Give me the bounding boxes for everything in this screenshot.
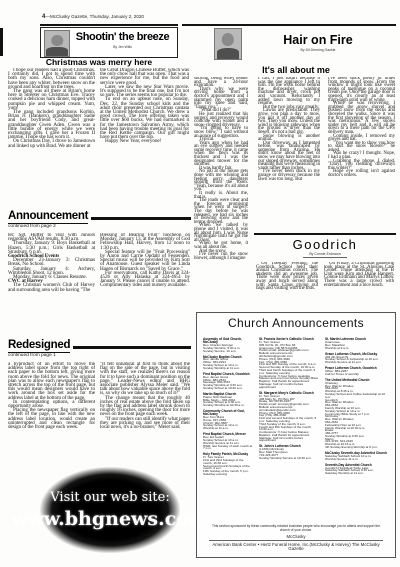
columnist-photo-jill-gackle (214, 28, 242, 60)
top-rule-left (40, 24, 178, 26)
columnist-photo-jim-wills (44, 30, 70, 57)
photo-head-shape (222, 33, 234, 46)
church-col2: St. Francis Xavier's Catholic ChurchFr. … (259, 335, 319, 521)
church-detail-line: Worship Service 11 a.m. (325, 458, 391, 461)
church-entry: Peace Lutheran Church, GoodrichOffice: 8… (325, 367, 391, 376)
church-detail-line: Fifth Sunday of the month, 5 p.m. Saturd… (203, 470, 253, 476)
announcement-heading: Announcement (8, 210, 88, 224)
church-entry: Community Church of God, McCluskyRev. To… (203, 410, 253, 430)
photo-shoulders-shape (217, 48, 240, 59)
all-about-me-col2: I can. I just hadn't because it was the … (258, 77, 320, 229)
church-entry: McClusky Seventh-day Adventist ChurchSat… (325, 452, 391, 461)
column-byline: By Jill Denning Gackle (254, 48, 382, 52)
paragraph: I've never been stuck in my garage or dr… (258, 170, 320, 181)
church-detail-line: Sunday Service, 10 a.m. (203, 350, 253, 353)
paragraph: Blessing of Bearing Fruit" luncheon on M… (100, 233, 190, 250)
goodrich-col1: On Tuesday evening, the Goodrich School … (256, 262, 318, 309)
page-header-text: —McClusky Gazette, Thursday, January 2, … (45, 14, 144, 19)
column-title: Hair on Fire (254, 33, 382, 47)
church-detail-line: Sunday Worship at 10:30 a.m. (203, 404, 253, 407)
church-entry: Holy Family Parish, McCluskyFr. Tom Gran… (203, 453, 253, 475)
church-detail-line: Worship at 9 a.m. (325, 347, 391, 350)
paragraph: Years ago when he had an eye surgery and… (194, 142, 248, 167)
sponsor-town: McClusky (209, 535, 383, 539)
church-entry: McClusky Baptist ChurchRev. James GrossO… (203, 356, 253, 370)
goodrich-byline: By Connie Erdmann (254, 252, 396, 256)
church-detail-line: 4th Sunday Evening Worship at 6 p.m. (325, 446, 391, 449)
paragraph: Hope eye rolling isn't against doctor's … (328, 170, 395, 177)
announcement-col1: ter; Sgt. Huffer to visit with Juniors r… (8, 233, 95, 325)
church-entry: First Baptist Church, GoodrichRev. James… (203, 373, 253, 390)
church-detail-line: Sunday Worship at 11 a.m. (203, 367, 253, 370)
church-detail-line: Marriage: Call 12 months before appointm… (259, 383, 319, 389)
church-entry: Assembly of God Church, McCluskyRev. Cha… (203, 338, 253, 352)
paragraph: While he was recovering, I grabbed the s… (328, 102, 395, 134)
church-entry: First Baptist Church, MercerRev. Ed Gude… (203, 433, 253, 450)
paragraph: I've been stuck plenty of times from mou… (328, 77, 395, 102)
church-announcements-box: Church Announcements Assembly of God Chu… (196, 312, 396, 558)
christmas-article-col2: the Great Dragon Chinese Buffet, which w… (100, 68, 189, 211)
church-col3: St. Martin Lutheran ChurchAnamooseRev. M… (325, 335, 391, 521)
top-rule-right (182, 24, 396, 26)
article-headline-all-about-me: It's all about me (196, 65, 396, 75)
masthead-shootin-the-breeze: Shootin' the breeze By Jim Wills (40, 27, 178, 58)
paragraph: When we talked by phone and I visited, i… (194, 224, 248, 242)
church-entry: St. Francis Xavier's Catholic ChurchFr. … (259, 338, 319, 388)
paragraph: Happy New Year, everyone! (100, 139, 189, 143)
church-entry: The United Methodist ChurchChaseleyRev. … (325, 379, 391, 449)
paragraph: On Christmas Day, I drove to Jamestown a… (8, 139, 95, 147)
announcement-continued: continued from page 2 (8, 224, 56, 229)
paragraph: The change meant that the roughly 40 inc… (100, 396, 190, 417)
christmas-article-col1: I hope our readers had a good Christmas.… (8, 68, 95, 211)
church-col1: Assembly of God Church, McCluskyRev. Cha… (203, 335, 253, 521)
church-detail-line: Saturday Worship at 11 a.m. (325, 472, 391, 475)
paragraph: The Christian women's Club of Harvey and… (8, 283, 95, 291)
paragraph: a byproduct of an effort to move the add… (8, 362, 95, 400)
paragraph: "If our readers can still identify what … (100, 417, 190, 430)
paragraph: On Tuesday evening, the Goodrich School … (256, 262, 318, 291)
church-entry: Seventh-Day Adventist ChurchGoodrich Hur… (325, 464, 391, 475)
column-byline: By Jim Wills (70, 45, 175, 49)
paragraph: I can. I just hadn't because it was the … (258, 77, 320, 106)
paragraph: He just realized that his surgery and re… (194, 113, 248, 127)
goodrich-heading: Goodrich (254, 237, 396, 252)
paragraph: On Friday, a Christmas gathering took pl… (324, 262, 394, 287)
paragraph: the Great Dragon Chinese Buffet, which w… (100, 68, 189, 85)
church-detail-line: Marriage: Call 12 months before appointm… (259, 437, 319, 443)
heading-rule (73, 346, 191, 348)
church-entry: St. John's Lutheran Church(LCMS) McClusk… (259, 445, 319, 459)
page-header: 4—McClusky Gazette, Thursday, January 2,… (42, 14, 144, 20)
paragraph: I've never run the snow blower, although… (194, 253, 248, 260)
all-about-me-col1: snoring, being wifey tender and have a 2… (194, 77, 248, 302)
church-announcements-heading: Church Announcements (197, 316, 395, 330)
scan-artifact (0, 28, 3, 56)
article-headline-christmas: Christmas was merry here (8, 57, 190, 67)
church-detail-line: Worship at 11 a.m. (203, 427, 253, 430)
goodrich-byline-text: By Connie Erdmann (303, 252, 346, 258)
church-entry: Grace Lutheran Church, McClusky402 4th S… (325, 353, 391, 364)
sponsor-text: This section sponsored by these communit… (209, 525, 383, 532)
paragraph: To end on an upbeat note, on Sunday, Dec… (100, 97, 189, 139)
redesigned-heading: Redesigned (8, 339, 70, 353)
all-about-me-col3: I've been stuck plenty of times from mou… (328, 77, 395, 229)
church-detail-line: Sunday Worship Service at 10:30 a.m. (259, 457, 319, 460)
announcement-col2: Blessing of Bearing Fruit" luncheon on M… (100, 233, 190, 325)
photo-head-shape (51, 35, 63, 46)
redesigned-col2: "It felt unnatural at first to think abo… (100, 362, 190, 464)
paragraph: The roads were clear and the forecast pr… (194, 199, 248, 224)
redesigned-continued: continued from page 1 (8, 353, 56, 358)
sponsor-businesses: American Bank Center • Hertz Funeral Hom… (209, 540, 383, 550)
section-redesigned: Redesigned (8, 339, 191, 353)
church-detail-line: Call for Times of worship (325, 373, 391, 376)
paragraph: The gang included grandsons Korbin, Bria… (8, 110, 95, 139)
masthead-hair-on-fire: Hair on Fire By Jill Denning Gackle (196, 27, 396, 59)
church-entry: St. Martin Lutheran ChurchAnamooseRev. M… (325, 338, 391, 349)
bhg-website-ad: Visit our web site: www.bhgnews.com (40, 467, 180, 553)
paragraph: Our driveway, as I lamented before, was … (258, 142, 320, 171)
paragraph: I hope our readers had a good Christmas.… (8, 68, 95, 89)
paragraph: No job at our house gets done with me wh… (194, 170, 248, 192)
church-detail-line: Worship Service at 11 a.m. (325, 361, 391, 364)
ad-text: Visit our web site: (50, 490, 169, 505)
ad-web-address: www.bhgnews.com (11, 508, 209, 530)
goodrich-col2: On Friday, a Christmas gathering took pl… (324, 262, 394, 309)
church-detail-line: Sunday School at 10:30 a.m. (203, 387, 253, 390)
paragraph: That's why we were driving home from a d… (194, 88, 248, 110)
church-entry: St. Margaret Mary's Catholic ChurchFr. T… (259, 392, 319, 442)
church-entry: Martin Baptist ChurchPastor Nick Haufman… (203, 393, 253, 407)
church-detail-line: HWR: last Sunday of each month at 7 p.m. (203, 445, 253, 451)
section-announcement: Announcement (8, 210, 191, 224)
redesigned-col1: a byproduct of an effort to move the add… (8, 362, 95, 464)
goodrich-rule (254, 233, 396, 235)
paragraph: The gang was all there at Brian's home h… (8, 89, 95, 110)
column-title: Shootin' the breeze (70, 31, 175, 43)
heading-rule (91, 217, 191, 219)
sponsor-block: This section sponsored by these communit… (209, 525, 383, 550)
paragraph: Lawns are predictable. They grow, you pl… (258, 109, 320, 134)
paragraph: Placing the newspaper flag vertically on… (8, 408, 95, 429)
paragraph: For reservations, call Kathy Davis at 32… (100, 271, 190, 288)
paragraph: "It felt unnatural at first to think abo… (100, 362, 190, 396)
photo-shoulders-shape (46, 47, 67, 56)
paragraph: Special feature will be "Fruit Processin… (100, 250, 190, 271)
